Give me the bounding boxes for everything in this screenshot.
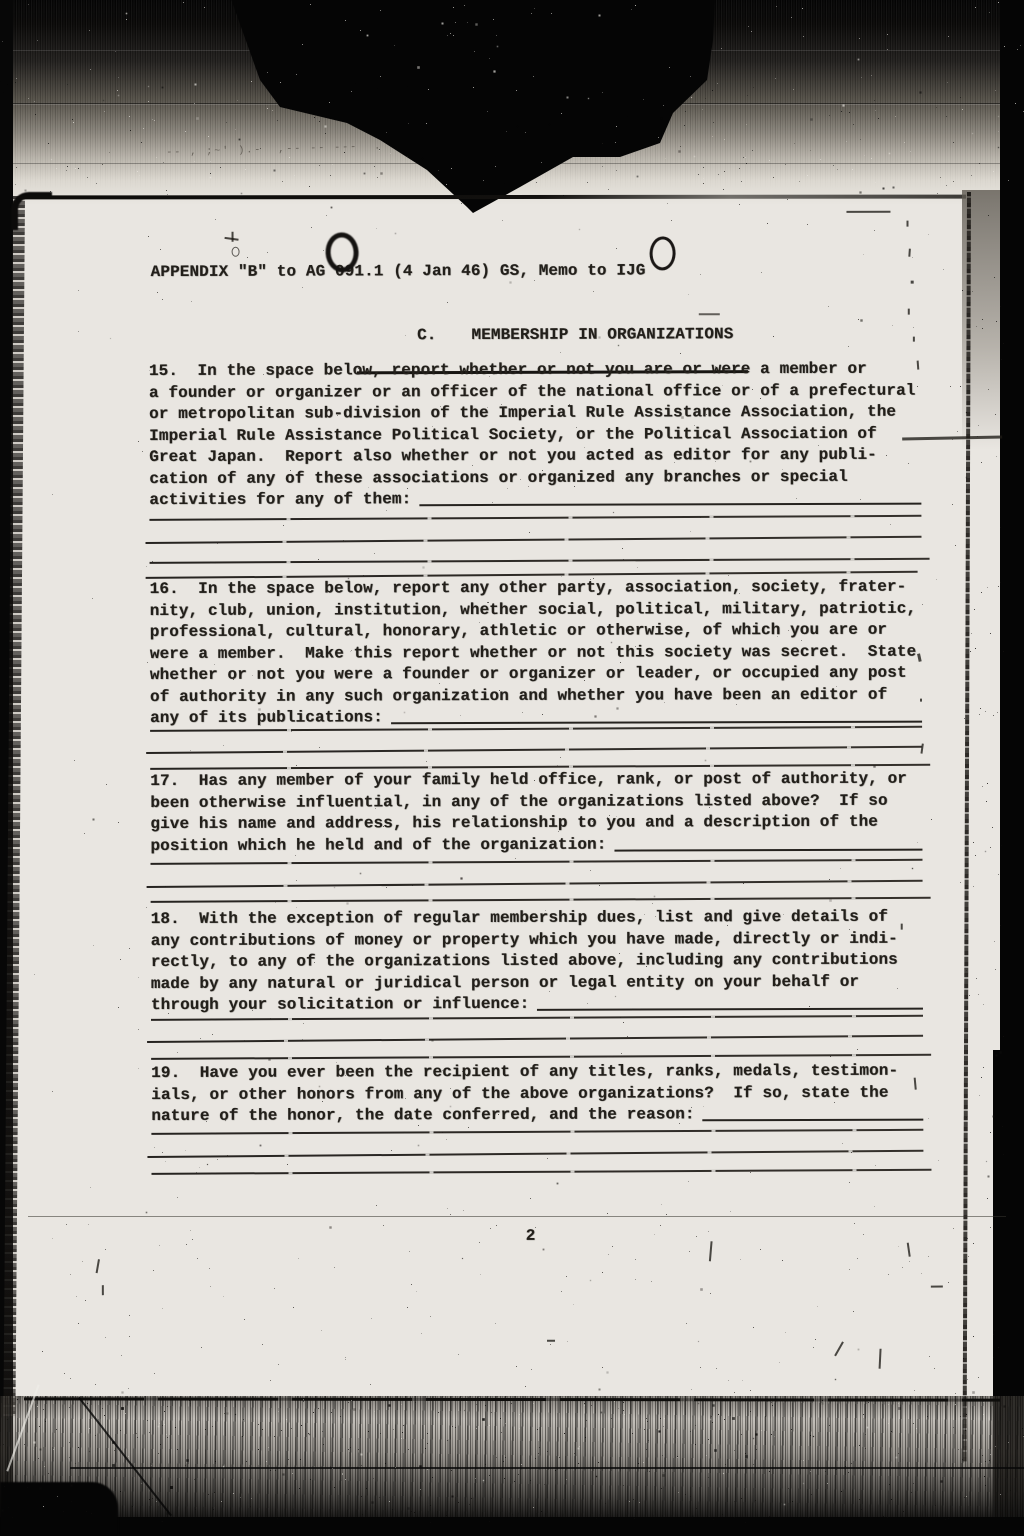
question-last-line: through your solicitation or influence: [151,993,923,1017]
answer-blank-line [150,558,930,564]
stray-mark [834,1341,844,1356]
answer-blank-line [151,1129,923,1135]
stray-mark [906,221,908,227]
answer-blank-line [147,1150,923,1158]
stray-marks [0,0,1022,2]
questions-block: 15. In the space below, report whether o… [0,0,1022,2]
question-line-text: through your solicitation or influence: [151,994,529,1017]
answer-blank-inline [537,992,923,1011]
section-letter: C. [417,326,436,344]
question-line: whether or not you were a founder or org… [150,663,922,687]
answer-blank-inline [391,705,922,725]
pen-mark [232,247,240,257]
stray-mark [931,1286,943,1288]
answer-blank-line [147,1035,923,1043]
answer-blank-line [146,746,922,754]
question-line-text: any of its publications: [150,707,383,729]
question-line: Great Japan. Report also whether or not … [149,445,921,469]
page-number: 2 [526,1226,536,1248]
question-line: Imperial Rule Assistance Political Socie… [149,423,921,447]
question-15: 15. In the space below, report whether o… [149,359,921,512]
pen-mark [232,232,234,242]
question-last-line: activities for any of them: [149,488,921,512]
question-line: 16. In the space below, report any other… [150,577,922,601]
appendix-header: APPENDIX "B" to AG 091.1 (4 Jan 46) GS, … [151,260,646,283]
question-line: a founder or organizer or an officer of … [149,380,921,404]
answer-blank-line [146,536,922,544]
question-line: rectly, to any of the organizations list… [151,950,923,974]
question-16: 16. In the space below, report any other… [150,577,922,730]
stray-mark [901,924,903,930]
question-19: 19. Have you ever been the recipient of … [151,1061,923,1128]
stray-mark [846,211,890,213]
pencil-scribble: -- , ;~' ).- ,-- -- --- . [166,141,382,158]
question-line: been otherwise influential, in any of th… [150,790,922,814]
stray-mark [102,1285,104,1295]
stray-mark [911,281,914,284]
question-17: 17. Has any member of your family held o… [150,769,922,857]
scanned-document-page: APPENDIX "B" to AG 091.1 (4 Jan 46) GS, … [0,0,1024,1536]
stray-mark [908,309,910,315]
answer-blank-line [151,1054,931,1060]
question-last-line: nature of the honor, the date conferred,… [151,1104,923,1128]
stray-mark [902,435,1002,440]
stray-dash [699,313,720,315]
stray-mark [709,1241,713,1261]
answer-blank-line [151,897,931,903]
answer-blank-line [147,880,923,888]
hole-punch-circle-icon [649,236,676,271]
stray-mark [96,1259,100,1273]
stray-mark [907,1243,911,1257]
section-title: MEMBERSHIP IN ORGANIZATIONS [471,325,733,344]
answer-blank-line [151,1169,931,1175]
question-line: any contributions of money or property w… [151,928,923,952]
question-line-text: activities for any of them: [149,489,411,511]
answer-blank-inline [419,487,921,507]
question-line-text: position which he held and of the organi… [150,834,606,857]
question-line: or metropolitan sub-division of the Impe… [149,402,921,426]
stray-mark [920,699,922,702]
stray-mark [908,249,911,257]
stray-mark [913,337,915,342]
page-content: APPENDIX "B" to AG 091.1 (4 Jan 46) GS, … [0,0,1024,1536]
stray-mark [547,1340,555,1342]
question-line: 19. Have you ever been the recipient of … [151,1061,923,1085]
question-line: 17. Has any member of your family held o… [150,769,922,793]
question-line: 18. With the exception of regular member… [151,907,923,931]
question-line: were a member. Make this report whether … [150,641,922,665]
question-line: nity, club, union, institution, whether … [150,598,922,622]
answer-blank-inline [614,832,922,851]
answer-blank-line [149,515,921,521]
answer-blank-line [151,859,923,865]
question-18: 18. With the exception of regular member… [151,907,923,1017]
question-line: professional, cultural, honorary, athlet… [150,620,922,644]
stray-mark [879,1349,882,1369]
question-line-text: nature of the honor, the date conferred,… [151,1104,694,1127]
question-line: 15. In the space below, report whether o… [149,359,921,383]
question-last-line: position which he held and of the organi… [150,833,922,857]
answer-blank-inline [703,1103,924,1122]
